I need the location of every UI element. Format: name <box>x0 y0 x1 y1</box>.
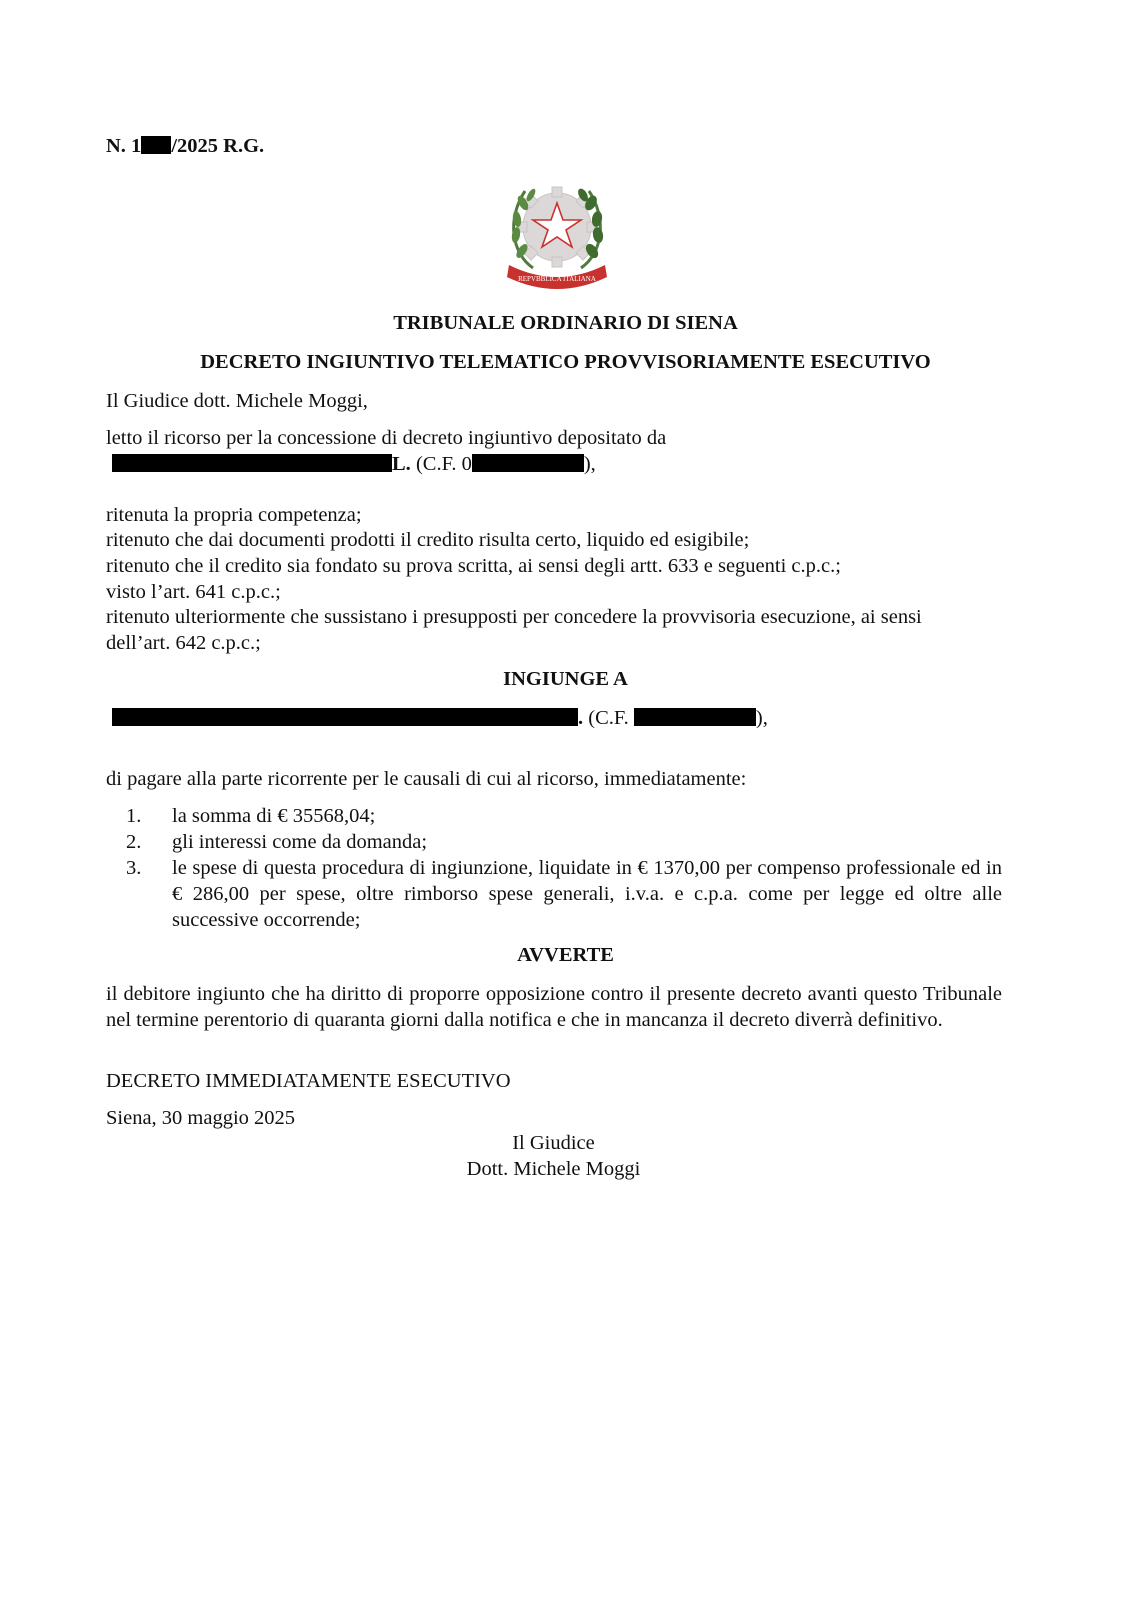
decree-title: DECRETO INGIUNTIVO TELEMATICO PROVVISORI… <box>0 349 1131 375</box>
case-number-suffix: /2025 R.G. <box>171 135 264 157</box>
debtor-line: . (C.F. ), <box>112 705 768 731</box>
republic-of-italy-emblem-icon: REPVBBLICA ITALIANA <box>503 173 611 295</box>
signature-name: Dott. Michele Moggi <box>0 1156 1107 1182</box>
debtor-name-redaction <box>112 708 578 726</box>
document-page: N. 1/2025 R.G. <box>0 0 1131 1600</box>
case-number-prefix: N. 1 <box>106 135 141 157</box>
consideration-line: ritenuta la propria competenza; <box>106 502 362 528</box>
place-date: Siena, 30 maggio 2025 <box>106 1105 295 1131</box>
creditor-cf-close: ), <box>584 453 596 475</box>
judge-intro: Il Giudice dott. Michele Moggi, <box>106 388 368 414</box>
list-item-text: le spese di questa procedura di ingiunzi… <box>172 855 1002 933</box>
debtor-cf-redaction <box>634 708 756 726</box>
list-item-text: gli interessi come da domanda; <box>172 829 427 855</box>
consideration-line: ritenuto che il credito sia fondato su p… <box>106 553 841 579</box>
list-number: 1. <box>126 803 156 829</box>
ingiunge-heading: INGIUNGE A <box>0 666 1131 692</box>
creditor-cf-redaction <box>472 454 584 472</box>
letto-paragraph: letto il ricorso per la concessione di d… <box>106 425 666 451</box>
avverte-heading: AVVERTE <box>0 942 1131 968</box>
consideration-line: ritenuto ulteriormente che sussistano i … <box>106 604 922 630</box>
case-number: N. 1/2025 R.G. <box>106 133 264 159</box>
court-title: TRIBUNALE ORDINARIO DI SIENA <box>0 310 1131 336</box>
creditor-cf-label: (C.F. 0 <box>411 453 472 475</box>
consideration-line: dell’art. 642 c.p.c.; <box>106 630 261 656</box>
avverte-paragraph: il debitore ingiunto che ha diritto di p… <box>106 981 1002 1033</box>
list-number: 3. <box>126 855 156 881</box>
consideration-line: visto l’art. 641 c.p.c.; <box>106 579 281 605</box>
executive-statement: DECRETO IMMEDIATAMENTE ESECUTIVO <box>106 1068 511 1094</box>
creditor-line: L. (C.F. 0), <box>112 451 596 477</box>
redaction-block <box>141 136 171 154</box>
debtor-cf-close: ), <box>756 707 768 729</box>
signature-role: Il Giudice <box>0 1130 1107 1156</box>
svg-text:REPVBBLICA ITALIANA: REPVBBLICA ITALIANA <box>518 275 596 283</box>
list-number: 2. <box>126 829 156 855</box>
debtor-cf-label: (C.F. <box>583 707 634 729</box>
consideration-line: ritenuto che dai documenti prodotti il c… <box>106 527 749 553</box>
creditor-suffix: L. <box>392 453 411 475</box>
creditor-name-redaction <box>112 454 392 472</box>
list-item-text: la somma di € 35568,04; <box>172 803 375 829</box>
payment-intro: di pagare alla parte ricorrente per le c… <box>106 766 746 792</box>
